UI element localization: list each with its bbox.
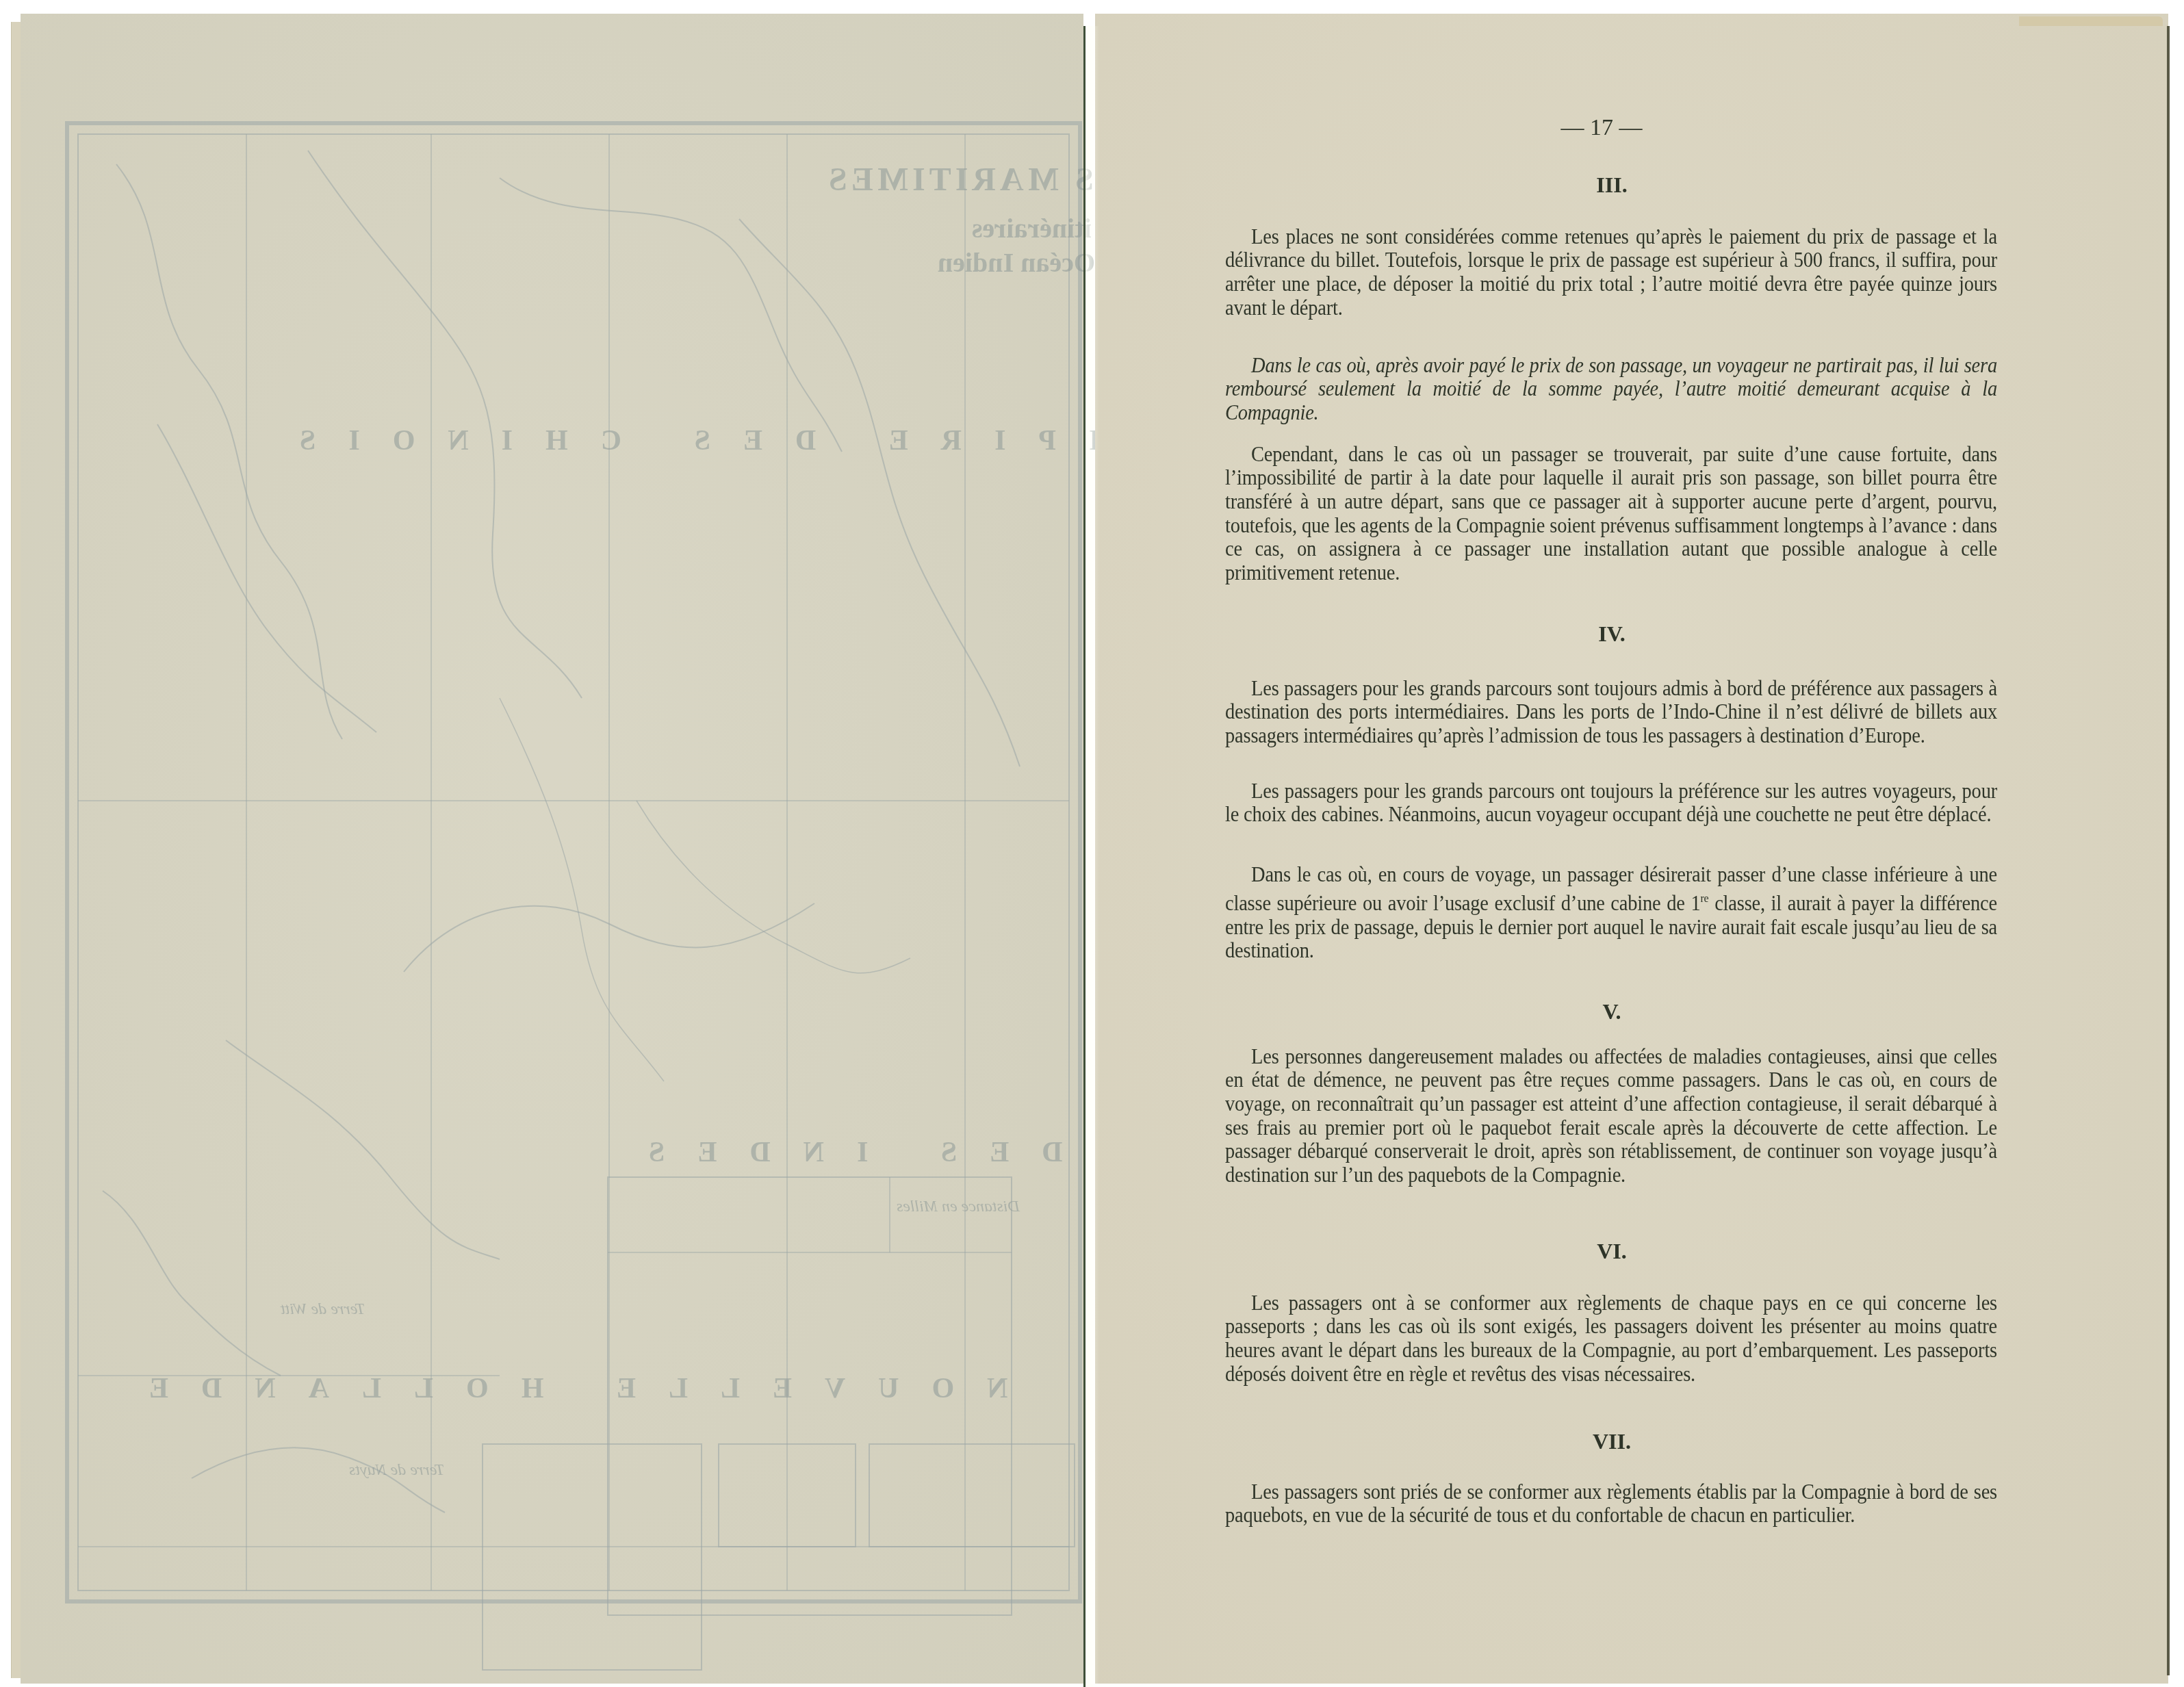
map-show-through: ES MARITIMES itinéraires Océan Indien EM… [21, 14, 1083, 1684]
paragraph: Les passagers ont à se conformer aux règ… [1225, 1292, 1997, 1387]
ghost-label: NOUVELLE HOLLANDE [116, 1372, 1008, 1405]
ghost-label: Distance en Milles [897, 1198, 1020, 1216]
section-heading-v: V. [1225, 999, 1999, 1025]
map-lines-graphic [21, 14, 1083, 1684]
paragraph: Cependant, dans le cas où un passager se… [1225, 443, 1997, 585]
paragraph: Les personnes dangereusement malades ou … [1225, 1046, 1997, 1187]
page-right-edge [2167, 26, 2170, 1675]
superscript: re [1700, 892, 1708, 905]
section-heading-vi: VI. [1225, 1239, 1999, 1264]
paragraph: Les passagers sont priés de se conformer… [1225, 1481, 1997, 1528]
section-heading-iii: III. [1225, 172, 1999, 198]
page-top-edge [2019, 16, 2163, 26]
ghost-label: Terre de Nuyts [349, 1461, 445, 1480]
paragraph-with-superscript: Dans le cas où, en cours de voyage, un p… [1225, 864, 1997, 963]
paragraph-italic: Dans le cas où, après avoir payé le prix… [1225, 355, 1997, 426]
gutter-highlight [1085, 26, 1099, 1687]
ghost-label: itinéraires [972, 212, 1092, 244]
ghost-label: ES MARITIMES [825, 161, 1120, 198]
ghost-label: Océan Indien [938, 246, 1095, 279]
paragraph: Les places ne sont considérées comme ret… [1225, 226, 1997, 320]
section-heading-vii: VII. [1225, 1429, 1999, 1454]
paragraph: Les passagers pour les grands parcours s… [1225, 678, 1997, 749]
paragraph: Les passagers pour les grands parcours o… [1225, 780, 1997, 827]
ghost-label: Terre de Witt [281, 1300, 365, 1319]
page-number: — 17 — [1533, 115, 1670, 141]
section-heading-iv: IV. [1225, 621, 1999, 647]
ghost-label: EMPIRE DES CHINOIS [267, 424, 1168, 457]
